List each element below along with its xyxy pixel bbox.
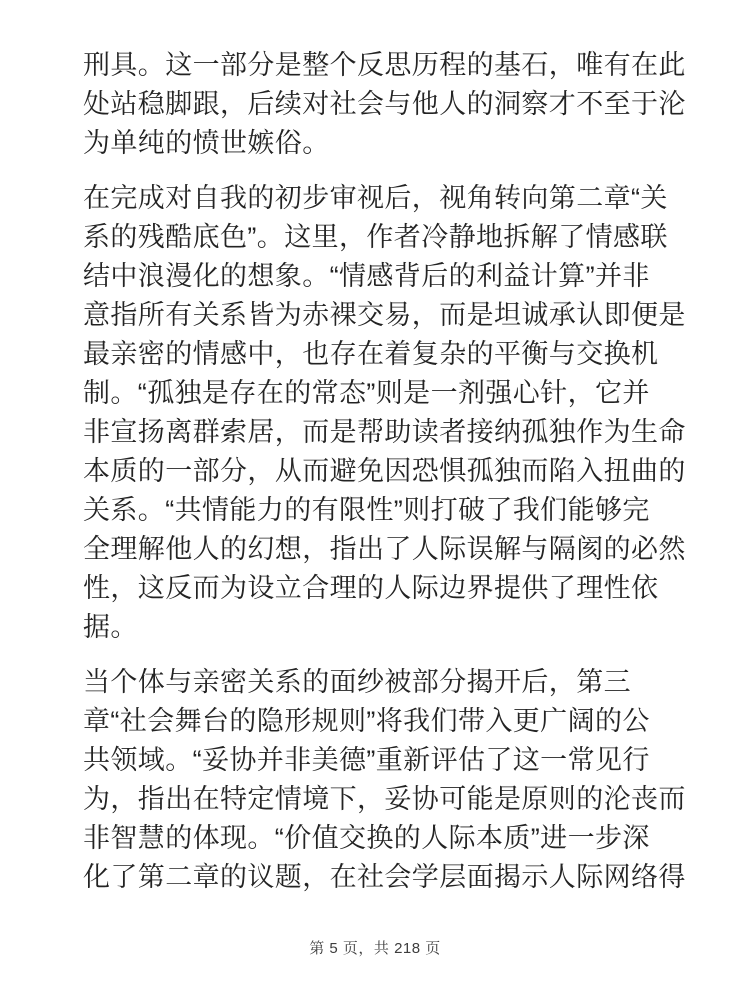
text-line: 关系。“共情能力的有限性”则打破了我们能够完 (83, 491, 690, 530)
text-line: 全理解他人的幻想，指出了人际误解与隔阂的必然 (83, 530, 690, 569)
paragraph: 在完成对自我的初步审视后，视角转向第二章“关 系的残酷底色”。这里，作者冷静地拆… (83, 179, 690, 647)
text-line: 制。“孤独是存在的常态”则是一剂强心针，它并 (83, 374, 690, 413)
text-line: 刑具。这一部分是整个反思历程的基石，唯有在此 (83, 46, 690, 85)
text-line: 为单纯的愤世嫉俗。 (83, 124, 690, 163)
text-line: 结中浪漫化的想象。“情感背后的利益计算”并非 (83, 257, 690, 296)
text-line: 意指所有关系皆为赤裸交易，而是坦诚承认即便是 (83, 296, 690, 335)
text-line: 非智慧的体现。“价值交换的人际本质”进一步深 (83, 819, 690, 858)
text-line: 当个体与亲密关系的面纱被部分揭开后，第三 (83, 663, 690, 702)
text-line: 系的残酷底色”。这里，作者冷静地拆解了情感联 (83, 218, 690, 257)
text-line: 章“社会舞台的隐形规则”将我们带入更广阔的公 (83, 702, 690, 741)
text-line: 在完成对自我的初步审视后，视角转向第二章“关 (83, 179, 690, 218)
paragraph: 刑具。这一部分是整个反思历程的基石，唯有在此 处站稳脚跟，后续对社会与他人的洞察… (83, 46, 690, 163)
text-line: 性，这反而为设立合理的人际边界提供了理性依 (83, 569, 690, 608)
document-page: 刑具。这一部分是整个反思历程的基石，唯有在此 处站稳脚跟，后续对社会与他人的洞察… (0, 0, 750, 1000)
text-line: 非宣扬离群索居，而是帮助读者接纳孤独作为生命 (83, 413, 690, 452)
text-line: 化了第二章的议题，在社会学层面揭示人际网络得 (83, 858, 690, 897)
text-line: 本质的一部分，从而避免因恐惧孤独而陷入扭曲的 (83, 452, 690, 491)
text-line: 处站稳脚跟，后续对社会与他人的洞察才不至于沦 (83, 85, 690, 124)
text-line: 为，指出在特定情境下，妥协可能是原则的沦丧而 (83, 780, 690, 819)
page-number-footer: 第 5 页，共 218 页 (0, 938, 750, 960)
paragraph: 当个体与亲密关系的面纱被部分揭开后，第三 章“社会舞台的隐形规则”将我们带入更广… (83, 663, 690, 897)
text-line: 据。 (83, 608, 690, 647)
text-line: 共领域。“妥协并非美德”重新评估了这一常见行 (83, 741, 690, 780)
text-line: 最亲密的情感中，也存在着复杂的平衡与交换机 (83, 335, 690, 374)
